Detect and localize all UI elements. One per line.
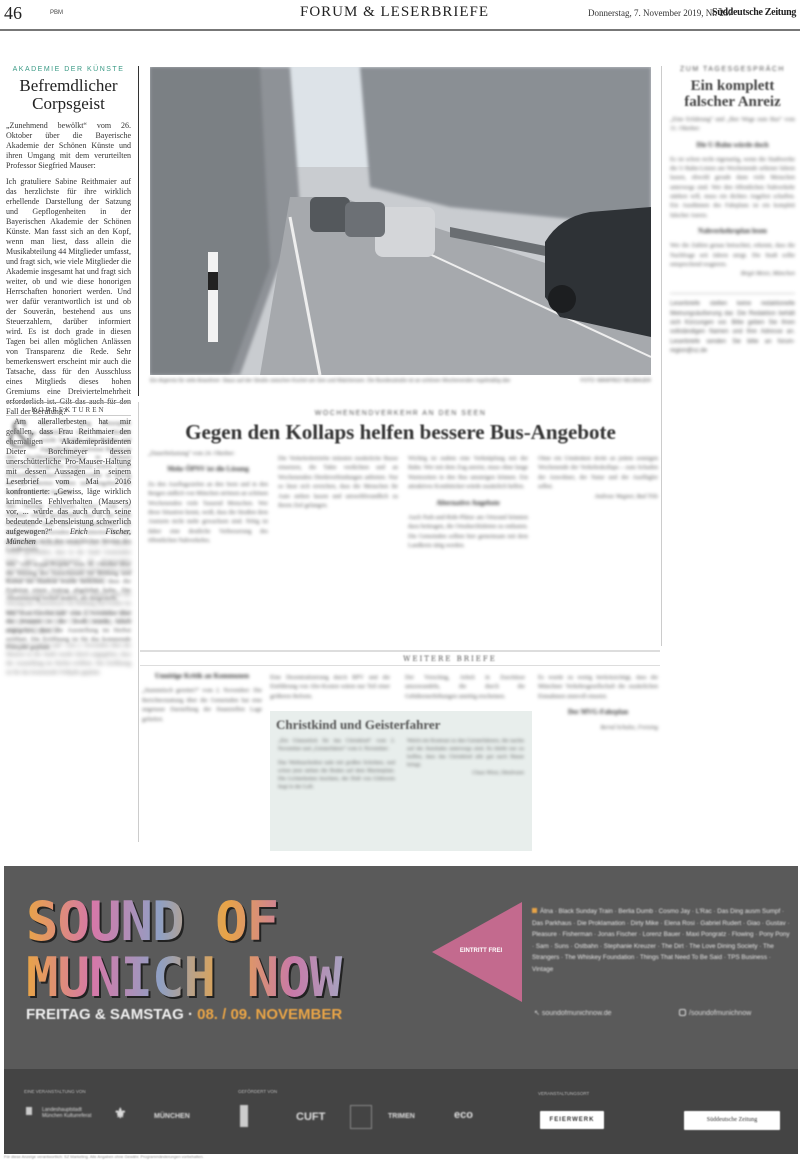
main-column-2: Die Verkehrsbetriebe müssten zusätzliche… [278, 455, 398, 511]
sponsor-logo: MÜNCHEN [154, 1113, 190, 1120]
road-image [150, 67, 651, 375]
main-kicker: WOCHENENDVERKEHR AN DEN SEEN [150, 410, 651, 417]
article-kicker: AKADEMIE DER KÜNSTE [6, 66, 131, 73]
column-divider [661, 66, 662, 646]
article-text: Der Vorschlag, Arbeit in Zuschüsse umzuw… [405, 674, 525, 702]
weitere-column-2: Eine Dezentralisierung durch BPV und die… [270, 674, 390, 702]
artist-lineup: Ätna · Black Sunday Train · Berlia Dumb … [532, 906, 792, 976]
article-subhead: Mehr ÖPNV ist die Lösung [148, 465, 268, 474]
photo-credit: FOTO: MANFRED NEUBAUER [581, 378, 651, 384]
bullet-icon [532, 908, 537, 913]
article-subhead: Alternative Angebote [408, 499, 528, 508]
article-text: Auch Park-and-Ride-Plätze am Ortsrand kö… [408, 514, 528, 552]
website-link[interactable]: ↖ soundofmunichnow.de [534, 1009, 611, 1017]
sponsor-logo: Landeshauptstadt München Kulturreferat [42, 1107, 102, 1119]
box-headline: Christkind und Geisterfahrer [270, 711, 532, 737]
article-subhead: Die U-Bahn würde doch [670, 141, 795, 150]
photo-caption: Ein Ärgernis für viele Anwohner: Staus a… [150, 378, 651, 386]
logo-line: SOUND OF [26, 894, 426, 950]
page-number: 46 [4, 3, 22, 24]
main-column-3: Wichtig ist zudem eine Verknüpfung mit d… [408, 455, 528, 552]
correction-item: Mit "Zum Greifen nah" vom 2. November üb… [6, 642, 131, 678]
letter-signature: Birgit Meier, München [670, 270, 795, 279]
lineup-text: Ätna · Black Sunday Train · Berlia Dumb … [532, 908, 790, 973]
christkind-box: Christkind und Geisterfahrer „Ein Glanzs… [270, 711, 532, 851]
column-divider [138, 66, 139, 396]
instagram-icon [679, 1009, 686, 1016]
article-signature: Bernd Schulze, Freising [538, 724, 658, 733]
free-entry-badge: EINTRITT FREI [446, 948, 516, 954]
small-print: Für diese Anzeige verantwortlich: SZ Mar… [4, 1154, 304, 1159]
event-logo: SOUND OFMUNICH NOW [26, 894, 426, 1006]
article-intro: „Dauerbelastung“ vom 24. Oktober: [148, 450, 268, 459]
article-subhead: Nahverkehrsplan lesen [670, 227, 795, 236]
letter-intro: „Eine Erfahrung“ und „Ihre Wege zum Bus“… [670, 116, 795, 135]
sponsor-logo-square [350, 1105, 372, 1129]
main-column-4: Ohne ein Umdenken droht an jedem sonnige… [538, 455, 658, 502]
header-rule [0, 29, 800, 31]
advertisement-sound-of-munich-now[interactable]: SOUND OFMUNICH NOW SOUND OFMUNICH NOW EI… [4, 866, 798, 1154]
box-signature: Claus Wiest, Ottobrunn [407, 769, 524, 777]
box-column-2: Welch ein Kontrast zu den Geisterfahrern… [407, 737, 524, 791]
dates-days: FREITAG & SAMSTAG · [26, 1006, 197, 1023]
divider [670, 293, 795, 294]
korrekturen-continued: Mit "Wenige Kilometer weiter" vom 28. Ok… [6, 540, 131, 678]
letter-intro: „Zunehmend bewölkt“ vom 26. Oktober über… [6, 121, 131, 171]
section-title: FORUM & LESERBRIEFE [300, 4, 489, 21]
article-signature: Andreas Wagner, Bad Tölz [538, 493, 658, 502]
weitere-column-1: Unnötige Kritik an Kommunen „Stammtisch … [142, 672, 262, 725]
article-text: Eine Dezentralisierung durch BPV und die… [270, 674, 390, 702]
editorial-note: Leserbriefe stellen keine redaktionelle … [670, 300, 795, 356]
traffic-photo [150, 67, 651, 375]
main-headline: Gegen den Kollaps helfen bessere Bus-Ang… [150, 420, 651, 445]
page-header: 46 PBM FORUM & LESERBRIEFE Donnerstag, 7… [0, 0, 800, 34]
masthead-logo: Süddeutsche Zeitung [712, 7, 796, 18]
city-crest-icon [26, 1107, 32, 1115]
venue-label: VERANSTALTUNGSORT [538, 1091, 589, 1096]
article-kicker: ZUM TAGESGESPRÄCH [670, 66, 795, 73]
article-text: Es wurde zu wenig berücksichtigt, dass d… [538, 674, 658, 702]
sponsor-logo: TRIMEN [388, 1113, 415, 1120]
letter-text: Wer die Zahlen genau betrachtet, erkennt… [670, 242, 795, 270]
instagram-link[interactable]: /soundofmunichnow [679, 1009, 751, 1017]
article-headline: Ein komplett falscher Anreiz [670, 78, 795, 110]
article-text: Die Verkehrsbetriebe müssten zusätzliche… [278, 455, 398, 511]
weitere-column-4: Es wurde zu wenig berücksichtigt, dass d… [538, 674, 658, 733]
newspaper-logo: Süddeutsche Zeitung [684, 1111, 780, 1130]
article-subhead: Unnötige Kritik an Kommunen [142, 672, 262, 681]
article-body: „Eine Erfahrung“ und „Ihre Wege zum Bus“… [670, 116, 795, 356]
article-text: Wichtig ist zudem eine Verknüpfung mit d… [408, 455, 528, 493]
correction-item: Mit "AfD stoppt Projekt" vom 30. Oktober… [6, 591, 131, 636]
sponsor-label: GEFÖRDERT VON [238, 1089, 277, 1094]
weitere-column-3: Der Vorschlag, Arbeit in Zuschüsse umzuw… [405, 674, 525, 702]
column-divider [138, 402, 139, 842]
letter-paragraph: Ich gratuliere Sabine Reithmaier auf das… [6, 177, 131, 417]
instagram-text: /soundofmunichnow [689, 1010, 751, 1017]
dates-highlight: 08. / 09. NOVEMBER [197, 1006, 342, 1023]
article-text: Zu den Ausflugszielen an den Seen und in… [148, 481, 268, 547]
advertisement-footer: EINE VERANSTALTUNG VON GEFÖRDERT VON VER… [4, 1069, 798, 1154]
korrekturen-heading: KORREKTUREN [6, 402, 131, 416]
article-subhead: Der MVG-Fahrplan [538, 708, 658, 717]
sponsor-logo-block [240, 1105, 280, 1127]
sponsor-logo: eco [454, 1109, 473, 1121]
sponsor-logo: CUFT [296, 1111, 325, 1123]
box-intro: „Ein Glanzstück für das Christkind“ vom … [278, 737, 395, 753]
letter-right: ZUM TAGESGESPRÄCH Ein komplett falscher … [670, 66, 795, 356]
box-text: Welch ein Kontrast zu den Geisterfahrern… [407, 737, 524, 769]
main-column-1: „Dauerbelastung“ vom 24. Oktober: Mehr Ö… [148, 450, 268, 547]
box-text: Das Weihnachtsfest naht mit großen Schri… [278, 759, 395, 791]
logo-line: MUNICH NOW [26, 950, 426, 1006]
website-text: soundofmunichnow.de [542, 1010, 612, 1017]
correction-item: Mit "Wenige Kilometer weiter" vom 28. Ok… [6, 540, 131, 585]
venue-logo: FEIERWERK [540, 1111, 604, 1129]
event-dates: FREITAG & SAMSTAG · 08. / 09. NOVEMBER [26, 1006, 342, 1023]
correction-item: Mit "Es ging konsequent ungestraft" vom … [6, 420, 131, 497]
weitere-briefe-heading: WEITERE BRIEFE [140, 650, 660, 666]
article-text: „Stammtisch gerettet?“ vom 2. November: … [142, 687, 262, 725]
box-columns: „Ein Glanzstück für das Christkind“ vom … [270, 737, 532, 791]
caption-text: Ein Ärgernis für viele Anwohner: Staus a… [150, 378, 510, 384]
edition-label: PBM [50, 10, 63, 16]
emblem-icon: ⚜ [114, 1105, 134, 1122]
cursor-icon: ↖ [534, 1010, 542, 1017]
organizer-label: EINE VERANSTALTUNG VON [24, 1089, 86, 1094]
article-text: Ohne ein Umdenken droht an jedem sonnige… [538, 455, 658, 493]
letter-text: Es ist schon recht eigenartig, wenn die … [670, 156, 795, 221]
box-column-1: „Ein Glanzstück für das Christkind“ vom … [278, 737, 395, 791]
heading-text: KORREKTUREN [6, 403, 131, 414]
article-headline: Befremdlicher Corpsgeist [6, 77, 131, 113]
heading-text: WEITERE BRIEFE [240, 652, 660, 663]
